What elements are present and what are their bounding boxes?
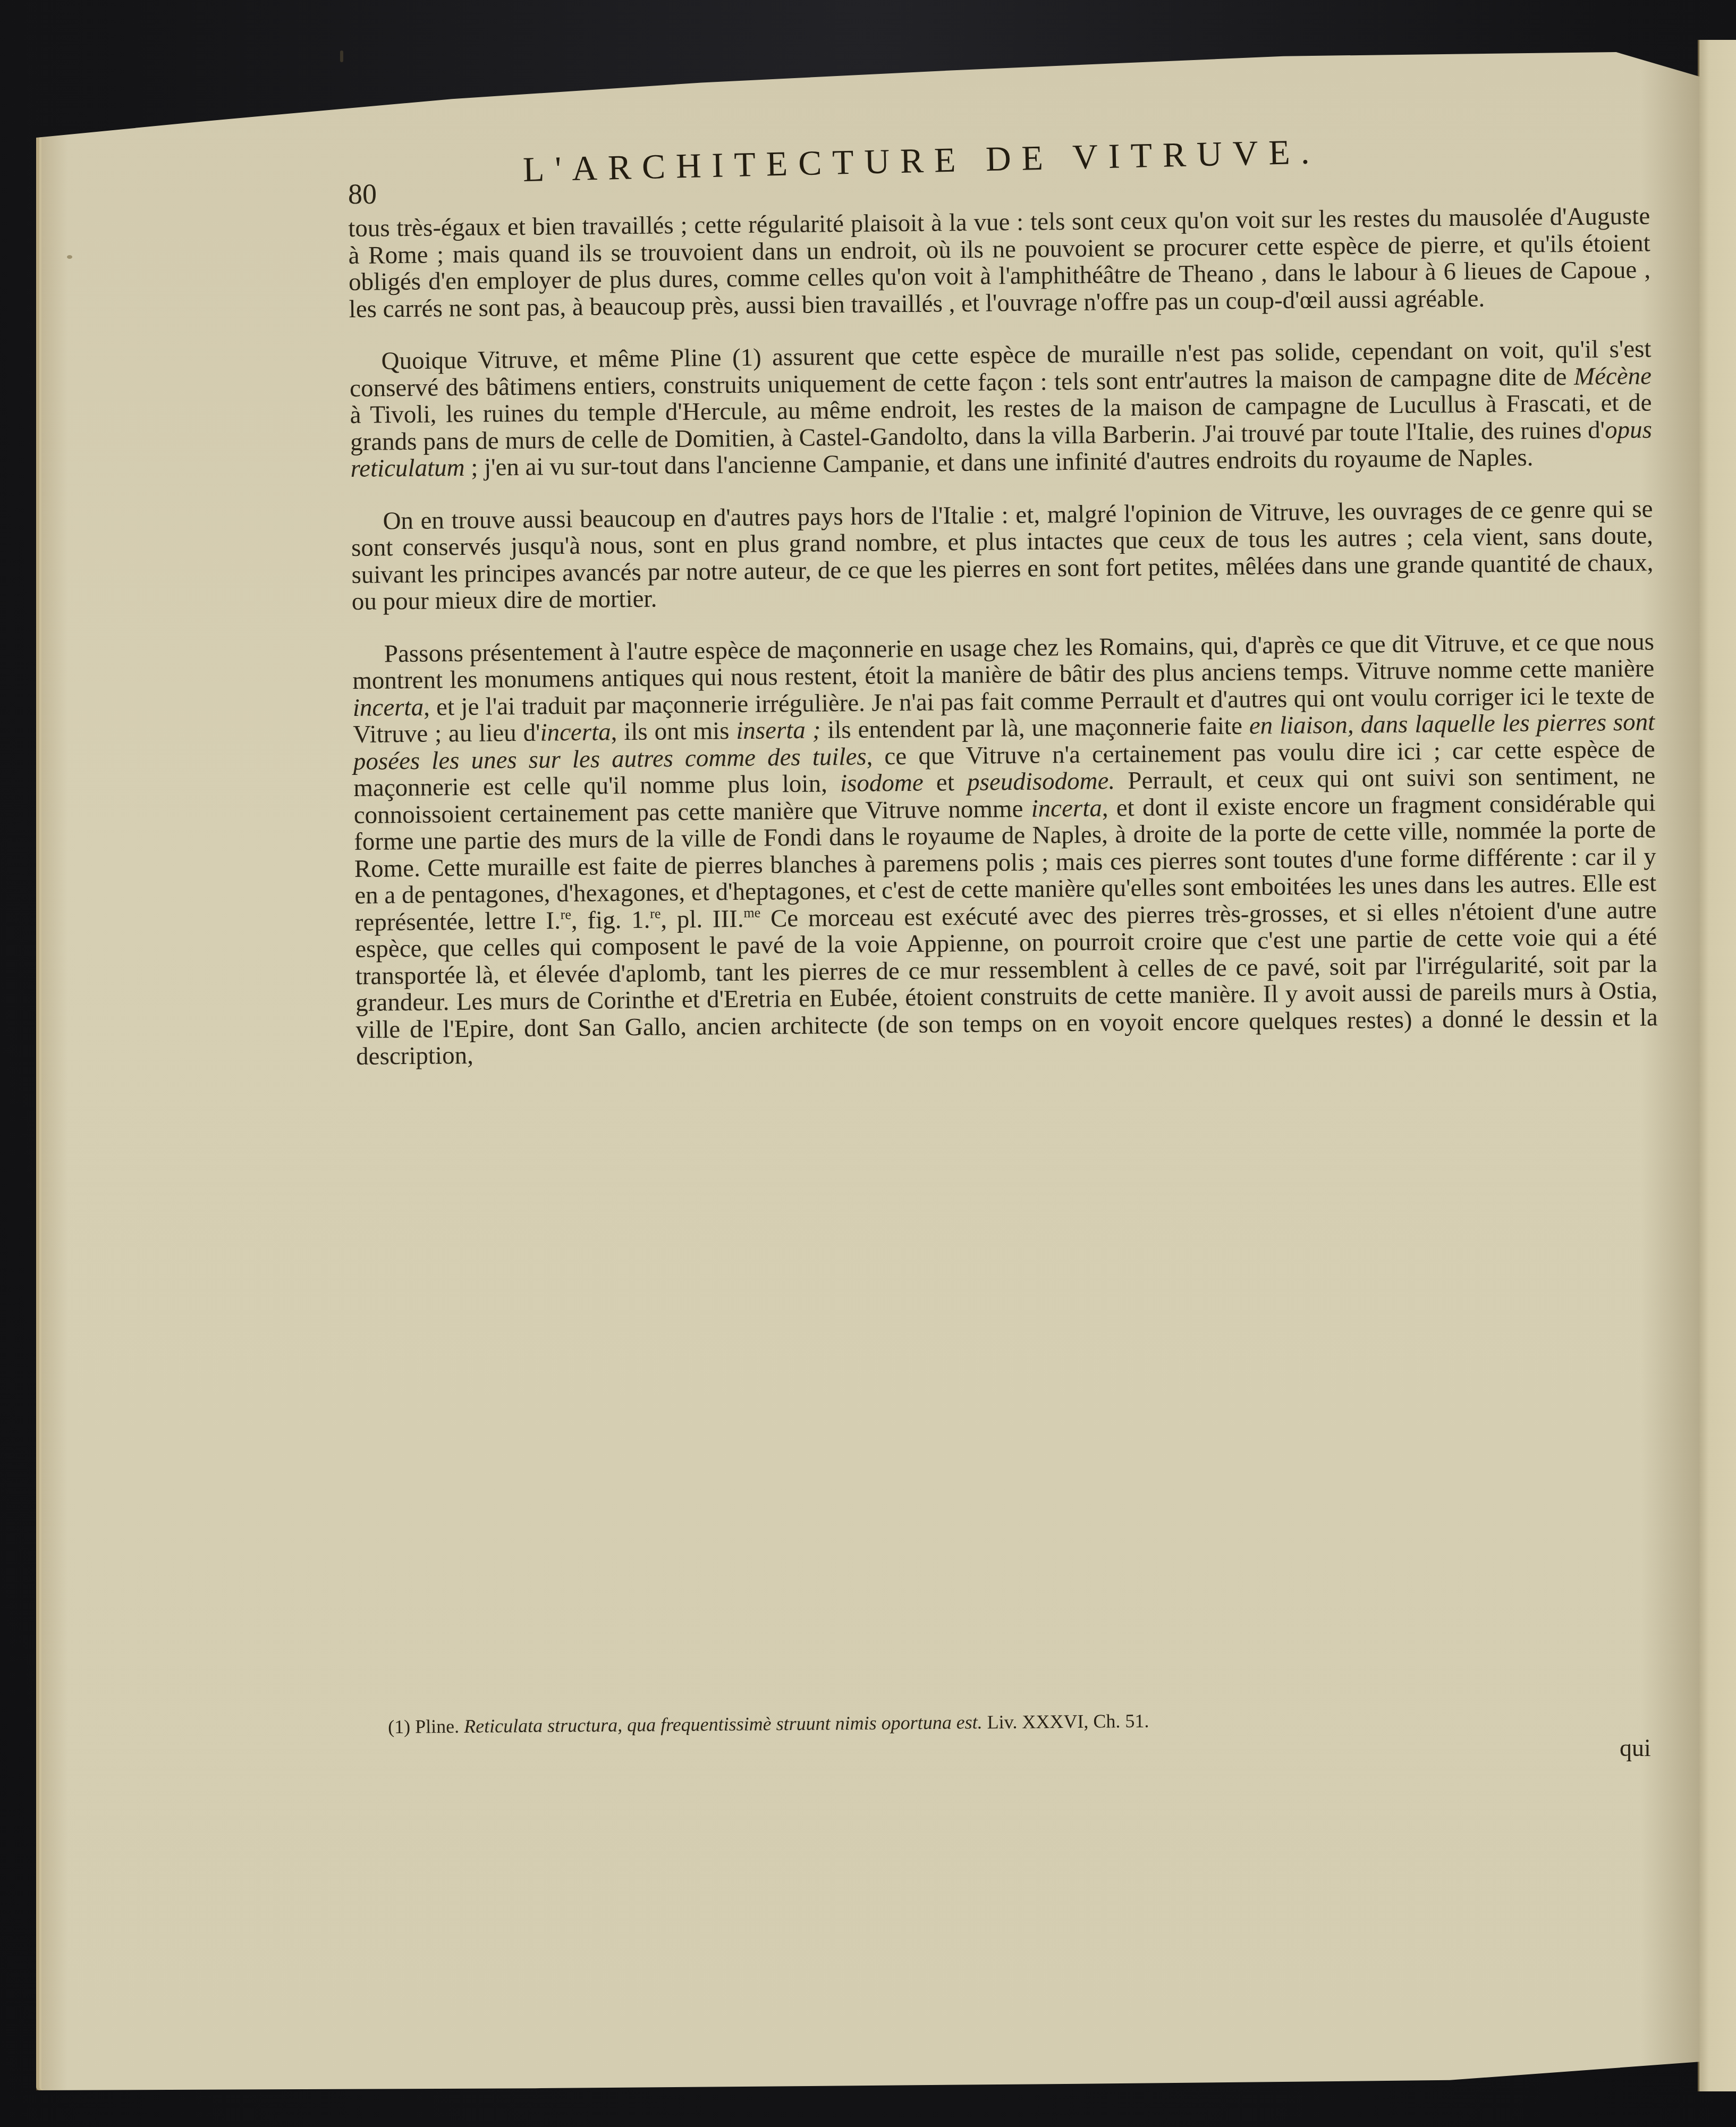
paragraph-3: On en trouve aussi beaucoup en d'autres … [351, 495, 1654, 615]
italic-term: inserta ; [736, 716, 821, 745]
italic-term: Mécène [1574, 362, 1652, 390]
paragraph-1: tous très-égaux et bien travaillés ; cet… [348, 202, 1651, 323]
paper-speck [569, 728, 571, 733]
italic-term: incerta [540, 718, 611, 746]
footnote-author: Pline. [415, 1716, 459, 1737]
paragraph-4: Passons présentement à l'autre espèce de… [352, 628, 1658, 1070]
text-run: et [923, 769, 967, 797]
superscript: re [561, 907, 571, 922]
footnote-quote: Reticulata structura, qua frequentissimè… [464, 1711, 983, 1737]
text-run: , fig. 1. [571, 906, 650, 934]
footnote-marker: (1) [388, 1716, 410, 1737]
italic-term: incerta [1031, 794, 1102, 822]
catchword: qui [1620, 1734, 1651, 1762]
superscript: me [743, 905, 760, 920]
facing-page-edge [1698, 40, 1736, 2091]
italic-term: isodome [840, 769, 924, 798]
paper-speck [67, 255, 72, 259]
paper-speck [340, 50, 343, 62]
body-text: tous très-égaux et bien travaillés ; cet… [348, 202, 1658, 1095]
running-head: 80 L'ARCHITECTURE DE VITRUVE. [348, 145, 1650, 192]
text-run: On en trouve aussi beaucoup en d'autres … [351, 495, 1654, 615]
text-run: , ils ont mis [611, 717, 736, 746]
italic-term: incerta [353, 693, 424, 721]
page-number: 80 [348, 178, 377, 210]
text-run: , pl. III. [660, 905, 744, 933]
footnote-reference: Liv. XXXVI, Ch. 51. [987, 1710, 1149, 1733]
paragraph-2: Quoique Vitruve, et même Pline (1) assur… [349, 335, 1652, 482]
superscript: re [650, 906, 660, 921]
text-run: tous très-égaux et bien travaillés ; cet… [348, 202, 1650, 323]
italic-term: pseudisodome. [967, 767, 1115, 796]
